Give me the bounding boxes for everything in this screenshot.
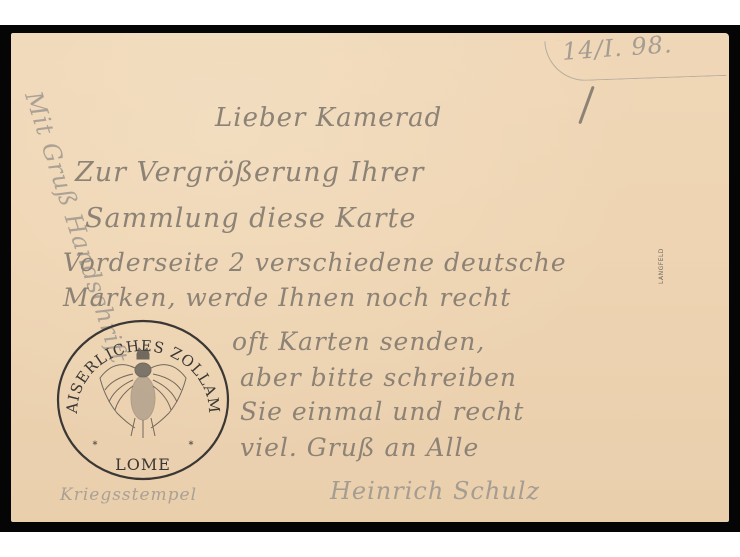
stamp-bottom-text: LOME <box>115 455 171 474</box>
customs-stamp: KAISERLICHES ZOLLAMT LOME * * <box>55 318 231 482</box>
svg-text:*: * <box>93 440 98 451</box>
greeting: Lieber Kamerad <box>215 103 442 133</box>
message-line: aber bitte schreiben <box>240 363 517 392</box>
message-line: Sammlung diese Karte <box>85 203 416 234</box>
signature: Heinrich Schulz <box>330 477 540 505</box>
bottom-note: Kriegsstempel <box>60 485 197 505</box>
message-line: viel. Gruß an Alle <box>240 433 479 462</box>
message-line: Zur Vergrößerung Ihrer <box>75 157 424 188</box>
message-line: oft Karten senden, <box>232 327 485 356</box>
printer-mark: LANGFELD <box>658 248 665 284</box>
svg-text:*: * <box>189 440 194 451</box>
message-line: Vorderseite 2 verschiedene deutsche <box>63 248 567 277</box>
message-line: Sie einmal und recht <box>240 397 524 426</box>
message-line: Marken, werde Ihnen noch recht <box>63 283 511 312</box>
